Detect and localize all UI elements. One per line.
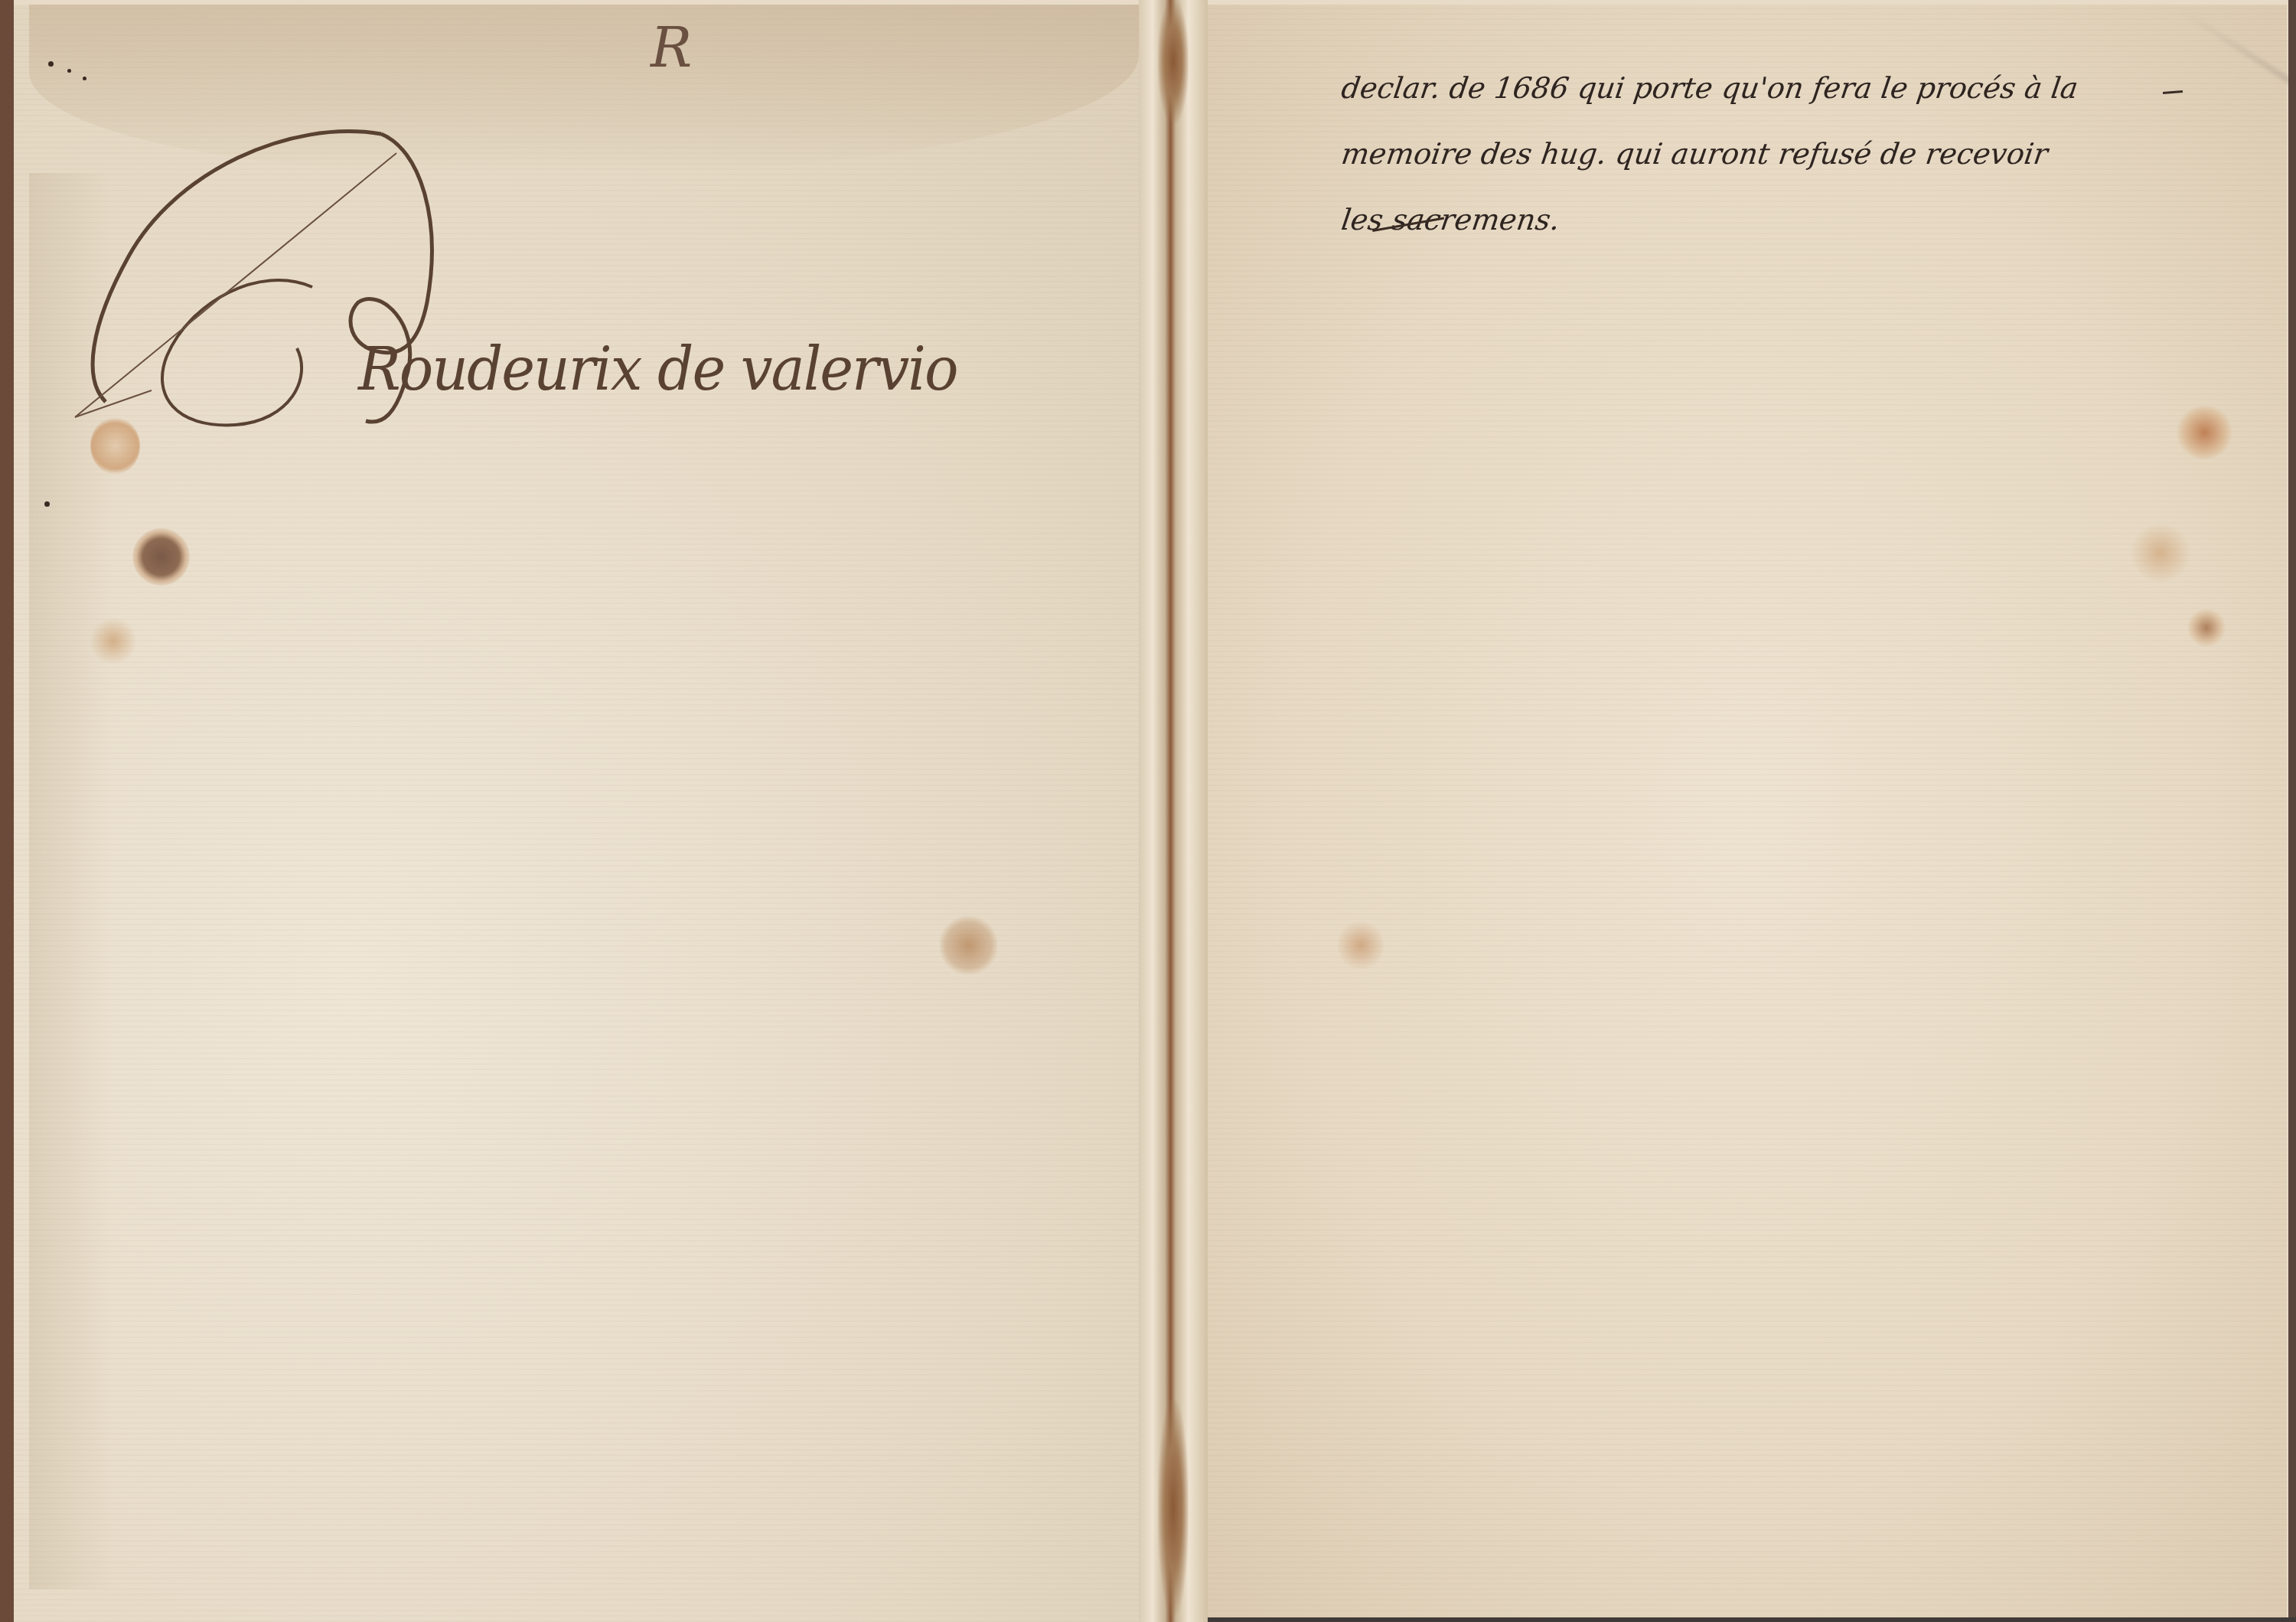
- note-line-2: memoire des hug. qui auront refusé de re…: [1337, 121, 2203, 187]
- foxing-stain: [1338, 919, 1384, 972]
- corner-mark: R: [651, 15, 692, 80]
- ink-dot: [67, 69, 71, 73]
- spine-gutter: [1139, 0, 1208, 1622]
- foxing-stain: [2130, 524, 2191, 582]
- annotation-note: declar. de 1686 qui porte qu'on fera le …: [1342, 55, 2199, 253]
- signature-name: Roudeurix de valervio: [358, 335, 957, 404]
- spine-damage: [1158, 1401, 1189, 1615]
- manuscript-spread: R Roudeurix de valervio declar. de 1686 …: [14, 0, 2296, 1622]
- foxing-stain: [2187, 609, 2226, 647]
- note-line-3: les sacremens.: [1337, 187, 2203, 253]
- binding-edge-bottom: [1208, 1617, 2296, 1622]
- ink-dot: [48, 61, 54, 67]
- ink-dot: [83, 77, 86, 80]
- binding-edge: [2288, 0, 2296, 1622]
- foxing-stain: [132, 528, 190, 586]
- spine-damage: [1158, 0, 1189, 122]
- ink-dot: [44, 501, 50, 507]
- foxing-stain: [90, 616, 136, 666]
- foxing-stain: [2176, 406, 2233, 459]
- note-line-1: declar. de 1686 qui porte qu'on fera le …: [1337, 55, 2203, 121]
- foxing-stain: [940, 915, 997, 976]
